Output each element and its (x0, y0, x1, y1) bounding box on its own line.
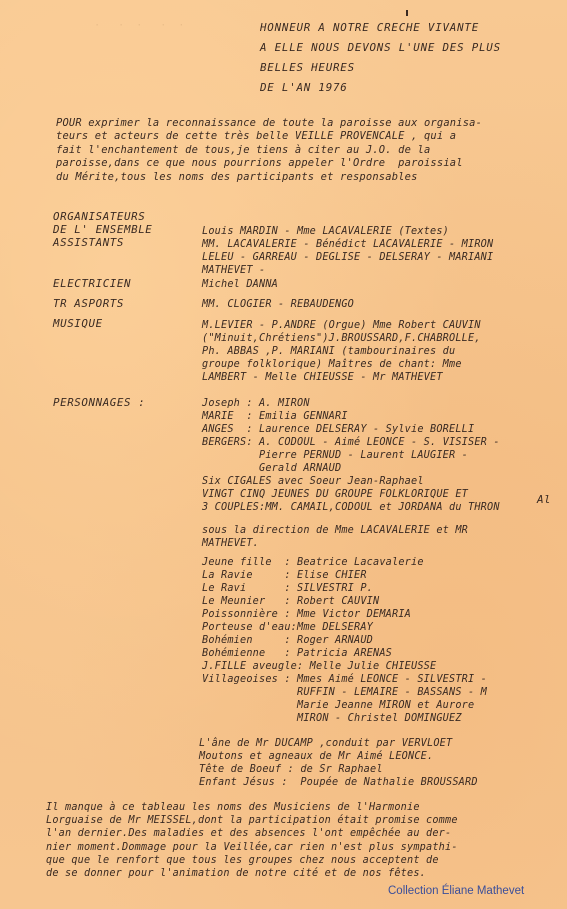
value-organisateurs: Louis MARDIN - Mme LACAVALERIE (Textes) (202, 225, 449, 238)
role-line: Marie Jeanne MIRON et Aurore (202, 699, 487, 712)
title-line: A ELLE NOUS DEVONS L'UNE DES PLUS (260, 38, 501, 58)
role-line: La Ravie : Elise CHIER (202, 569, 487, 582)
role-line: Villageoises : Mmes Aimé LEONCE - SILVES… (202, 673, 487, 686)
closing-line: de se donner pour l'animation de notre c… (46, 867, 458, 880)
role-line: Joseph : A. MIRON (202, 397, 500, 410)
label-personnages: PERSONNAGES : (53, 396, 145, 409)
role-line: Gerald ARNAUD (202, 462, 500, 475)
prop-line: Moutons et agneaux de Mr Aimé LEONCE. (199, 750, 478, 763)
closing-line: l'an dernier.Des maladies et des absence… (46, 827, 458, 840)
label-musique: MUSIQUE (53, 317, 103, 330)
title-line: BELLES HEURES (260, 58, 501, 78)
typed-document-page: · · · · · HONNEUR A NOTRE CRECHE VIVANTE… (0, 0, 567, 909)
handwritten-note: Al (537, 493, 551, 506)
collection-credit: Collection Éliane Mathevet (388, 885, 524, 897)
value-transports: MM. CLOGIER - REBAUDENGO (202, 298, 354, 311)
role-line: MARIE : Emilia GENNARI (202, 410, 500, 423)
role-line: Le Ravi : SILVESTRI P. (202, 582, 487, 595)
closing-line: Il manque à ce tableau les noms des Musi… (46, 801, 458, 814)
label-transports: TR ASPORTS (53, 297, 124, 310)
intro-line: fait l'enchantement de tous,je tiens à c… (56, 144, 482, 157)
role-line: Bohémien : Roger ARNAUD (202, 634, 487, 647)
animals-props-list: L'âne de Mr DUCAMP ,conduit par VERVLOET… (199, 737, 478, 789)
role-line: Poissonnière : Mme Victor DEMARIA (202, 608, 487, 621)
closing-line: que que le renfort que tous les groupes … (46, 854, 458, 867)
role-line: ANGES : Laurence DELSERAY - Sylvie BOREL… (202, 423, 500, 436)
prop-line: Tête de Boeuf : de Sr Raphael (199, 763, 478, 776)
intro-line: POUR exprimer la reconnaissance de toute… (56, 117, 482, 130)
role-line: Porteuse d'eau:Mme DELSERAY (202, 621, 487, 634)
value-electricien: Michel DANNA (202, 278, 278, 291)
role-line: 3 COUPLES:MM. CAMAIL,CODOUL et JORDANA d… (202, 501, 500, 514)
value-musique: M.LEVIER - P.ANDRE (Orgue) Mme Robert CA… (202, 319, 481, 384)
role-line: Bohémienne : Patricia ARENAS (202, 647, 487, 660)
value-assistants: MM. LACAVALERIE - Bénédict LACAVALERIE -… (202, 238, 493, 277)
role-line: MIRON - Christel DOMINGUEZ (202, 712, 487, 725)
role-line: Le Meunier : Robert CAUVIN (202, 595, 487, 608)
intro-line: paroisse,dans ce que nous pourrions appe… (56, 157, 482, 170)
secondary-roles-list: Jeune fille : Beatrice Lacavalerie La Ra… (202, 556, 487, 725)
ink-mark (406, 10, 408, 16)
role-line: Six CIGALES avec Soeur Jean-Raphael (202, 475, 500, 488)
prop-line: L'âne de Mr DUCAMP ,conduit par VERVLOET (199, 737, 478, 750)
main-roles-list: Joseph : A. MIRON MARIE : Emilia GENNARI… (202, 397, 500, 514)
title-line: DE L'AN 1976 (260, 78, 501, 98)
label-electricien: ELECTRICIEN (53, 277, 131, 290)
document-title: HONNEUR A NOTRE CRECHE VIVANTE A ELLE NO… (260, 18, 501, 98)
role-line: VINGT CINQ JEUNES DU GROUPE FOLKLORIQUE … (202, 488, 500, 501)
intro-paragraph: POUR exprimer la reconnaissance de toute… (56, 117, 482, 184)
intro-line: teurs et acteurs de cette très belle VEI… (56, 130, 482, 143)
role-line: Pierre PERNUD - Laurent LAUGIER - (202, 449, 500, 462)
label-organisateurs: ORGANISATEURS DE L' ENSEMBLE (53, 210, 152, 236)
direction-note: sous la direction de Mme LACAVALERIE et … (202, 524, 468, 550)
title-line: HONNEUR A NOTRE CRECHE VIVANTE (260, 18, 501, 38)
role-line: J.FILLE aveugle: Melle Julie CHIEUSSE (202, 660, 487, 673)
prop-line: Enfant Jésus : Poupée de Nathalie BROUSS… (199, 776, 478, 789)
intro-line: du Mérite,tous les noms des participants… (56, 171, 482, 184)
closing-line: Lorguaise de Mr MEISSEL,dont la particip… (46, 814, 458, 827)
label-assistants: ASSISTANTS (53, 236, 124, 249)
role-line: BERGERS: A. CODOUL - Aimé LEONCE - S. VI… (202, 436, 500, 449)
closing-line: nier moment.Dommage pour la Veillée,car … (46, 841, 458, 854)
role-line: Jeune fille : Beatrice Lacavalerie (202, 556, 487, 569)
role-line: RUFFIN - LEMAIRE - BASSANS - M (202, 686, 487, 699)
bleed-through-text: · · · · · (70, 20, 184, 31)
closing-paragraph: Il manque à ce tableau les noms des Musi… (46, 801, 458, 880)
